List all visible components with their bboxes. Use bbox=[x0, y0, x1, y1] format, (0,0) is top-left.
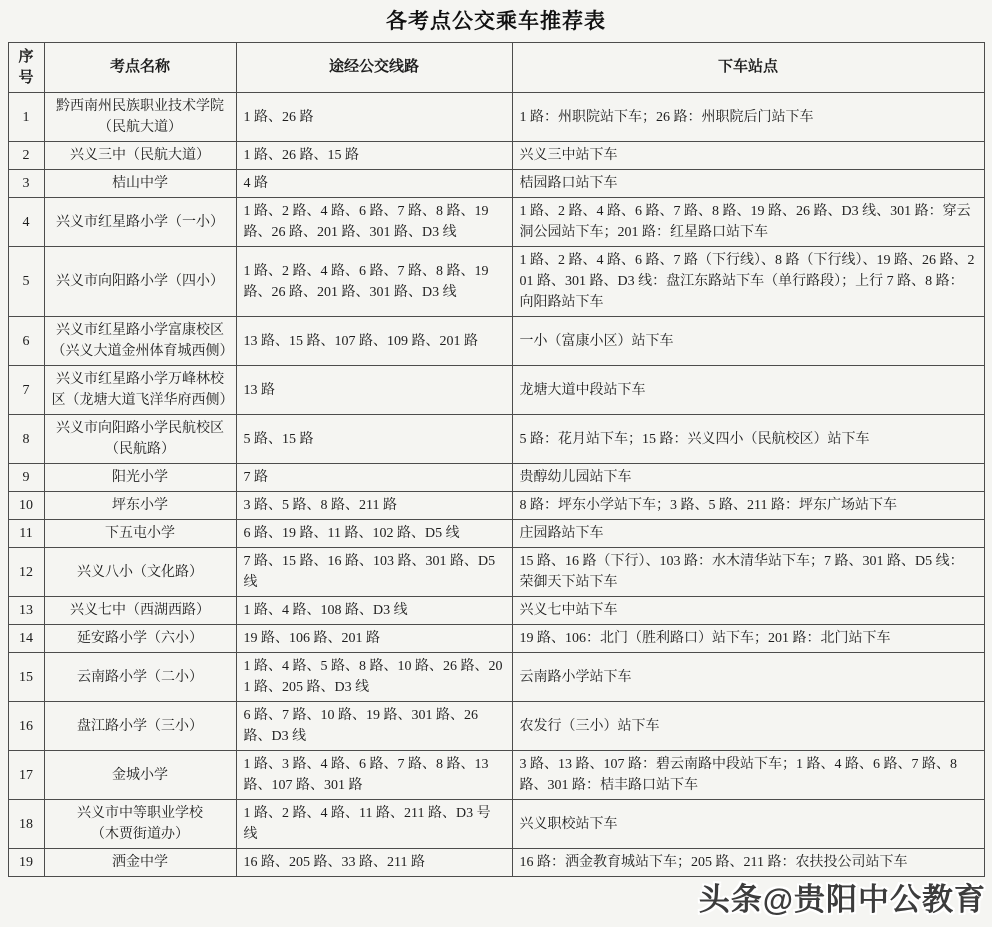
table-row: 14延安路小学（六小）19 路、106 路、201 路19 路、106：北门（胜… bbox=[8, 625, 984, 653]
table-row: 3桔山中学4 路桔园路口站下车 bbox=[8, 170, 984, 198]
page-title: 各考点公交乘车推荐表 bbox=[0, 5, 992, 35]
cell-name: 兴义市红星路小学万峰林校区（龙塘大道飞洋华府西侧） bbox=[44, 366, 236, 415]
cell-stops: 8 路：坪东小学站下车；3 路、5 路、211 路：坪东广场站下车 bbox=[512, 492, 984, 520]
header-cell-stops: 下车站点 bbox=[512, 43, 984, 93]
cell-routes: 3 路、5 路、8 路、211 路 bbox=[236, 492, 512, 520]
cell-no: 15 bbox=[8, 653, 44, 702]
cell-name: 下五屯小学 bbox=[44, 520, 236, 548]
cell-no: 12 bbox=[8, 548, 44, 597]
cell-routes: 13 路 bbox=[236, 366, 512, 415]
cell-stops: 云南路小学站下车 bbox=[512, 653, 984, 702]
cell-no: 17 bbox=[8, 751, 44, 800]
cell-stops: 兴义三中站下车 bbox=[512, 142, 984, 170]
cell-no: 11 bbox=[8, 520, 44, 548]
table-row: 11下五屯小学6 路、19 路、11 路、102 路、D5 线庄园路站下车 bbox=[8, 520, 984, 548]
cell-name: 黔西南州民族职业技术学院 （民航大道） bbox=[44, 93, 236, 142]
table-row: 2兴义三中（民航大道）1 路、26 路、15 路兴义三中站下车 bbox=[8, 142, 984, 170]
cell-no: 1 bbox=[8, 93, 44, 142]
cell-name: 金城小学 bbox=[44, 751, 236, 800]
cell-routes: 7 路、15 路、16 路、103 路、301 路、D5 线 bbox=[236, 548, 512, 597]
cell-stops: 15 路、16 路（下行）、103 路：水木清华站下车；7 路、301 路、D5… bbox=[512, 548, 984, 597]
cell-name: 兴义市向阳路小学（四小） bbox=[44, 247, 236, 317]
cell-stops: 19 路、106：北门（胜利路口）站下车；201 路：北门站下车 bbox=[512, 625, 984, 653]
page: 各考点公交乘车推荐表 序号 考点名称 途经公交线路 下车站点 1黔西南州民族职业… bbox=[0, 0, 992, 927]
cell-name: 兴义八小（文化路） bbox=[44, 548, 236, 597]
table-header-row: 序号 考点名称 途经公交线路 下车站点 bbox=[8, 43, 984, 93]
cell-stops: 一小（富康小区）站下车 bbox=[512, 317, 984, 366]
cell-name: 兴义市中等职业学校 （木贾街道办） bbox=[44, 800, 236, 849]
table-row: 19洒金中学16 路、205 路、33 路、211 路16 路：洒金教育城站下车… bbox=[8, 849, 984, 877]
cell-routes: 5 路、15 路 bbox=[236, 415, 512, 464]
cell-name: 盘江路小学（三小） bbox=[44, 702, 236, 751]
table-row: 6兴义市红星路小学富康校区（兴义大道金州体育城西侧）13 路、15 路、107 … bbox=[8, 317, 984, 366]
table-row: 17金城小学1 路、3 路、4 路、6 路、7 路、8 路、13 路、107 路… bbox=[8, 751, 984, 800]
table-row: 13兴义七中（西湖西路）1 路、4 路、108 路、D3 线兴义七中站下车 bbox=[8, 597, 984, 625]
cell-routes: 1 路、2 路、4 路、6 路、7 路、8 路、19 路、26 路、201 路、… bbox=[236, 247, 512, 317]
cell-name: 坪东小学 bbox=[44, 492, 236, 520]
cell-stops: 1 路：州职院站下车；26 路：州职院后门站下车 bbox=[512, 93, 984, 142]
cell-routes: 1 路、2 路、4 路、6 路、7 路、8 路、19 路、26 路、201 路、… bbox=[236, 198, 512, 247]
cell-no: 14 bbox=[8, 625, 44, 653]
cell-routes: 19 路、106 路、201 路 bbox=[236, 625, 512, 653]
cell-name: 兴义市向阳路小学民航校区 （民航路） bbox=[44, 415, 236, 464]
bus-table: 序号 考点名称 途经公交线路 下车站点 1黔西南州民族职业技术学院 （民航大道）… bbox=[8, 42, 985, 877]
cell-routes: 13 路、15 路、107 路、109 路、201 路 bbox=[236, 317, 512, 366]
table-row: 8兴义市向阳路小学民航校区 （民航路）5 路、15 路5 路：花月站下车；15 … bbox=[8, 415, 984, 464]
cell-no: 8 bbox=[8, 415, 44, 464]
cell-stops: 桔园路口站下车 bbox=[512, 170, 984, 198]
cell-stops: 贵醇幼儿园站下车 bbox=[512, 464, 984, 492]
table-row: 18兴义市中等职业学校 （木贾街道办）1 路、2 路、4 路、11 路、211 … bbox=[8, 800, 984, 849]
cell-name: 洒金中学 bbox=[44, 849, 236, 877]
cell-stops: 1 路、2 路、4 路、6 路、7 路、8 路、19 路、26 路、D3 线、3… bbox=[512, 198, 984, 247]
cell-no: 18 bbox=[8, 800, 44, 849]
cell-no: 9 bbox=[8, 464, 44, 492]
cell-stops: 16 路：洒金教育城站下车；205 路、211 路：农扶投公司站下车 bbox=[512, 849, 984, 877]
cell-name: 兴义市红星路小学（一小） bbox=[44, 198, 236, 247]
table-row: 1黔西南州民族职业技术学院 （民航大道）1 路、26 路1 路：州职院站下车；2… bbox=[8, 93, 984, 142]
cell-stops: 3 路、13 路、107 路：碧云南路中段站下车；1 路、4 路、6 路、7 路… bbox=[512, 751, 984, 800]
cell-name: 兴义七中（西湖西路） bbox=[44, 597, 236, 625]
header-cell-routes: 途经公交线路 bbox=[236, 43, 512, 93]
cell-routes: 1 路、26 路、15 路 bbox=[236, 142, 512, 170]
cell-no: 7 bbox=[8, 366, 44, 415]
cell-name: 兴义三中（民航大道） bbox=[44, 142, 236, 170]
cell-routes: 1 路、2 路、4 路、11 路、211 路、D3 号线 bbox=[236, 800, 512, 849]
cell-stops: 兴义职校站下车 bbox=[512, 800, 984, 849]
cell-routes: 4 路 bbox=[236, 170, 512, 198]
cell-stops: 庄园路站下车 bbox=[512, 520, 984, 548]
cell-no: 6 bbox=[8, 317, 44, 366]
table-row: 9阳光小学7 路贵醇幼儿园站下车 bbox=[8, 464, 984, 492]
header-cell-no: 序号 bbox=[8, 43, 44, 93]
cell-name: 兴义市红星路小学富康校区（兴义大道金州体育城西侧） bbox=[44, 317, 236, 366]
cell-stops: 兴义七中站下车 bbox=[512, 597, 984, 625]
cell-no: 2 bbox=[8, 142, 44, 170]
cell-stops: 5 路：花月站下车；15 路：兴义四小（民航校区）站下车 bbox=[512, 415, 984, 464]
cell-no: 16 bbox=[8, 702, 44, 751]
cell-routes: 1 路、4 路、5 路、8 路、10 路、26 路、201 路、205 路、D3… bbox=[236, 653, 512, 702]
cell-no: 19 bbox=[8, 849, 44, 877]
table-row: 7兴义市红星路小学万峰林校区（龙塘大道飞洋华府西侧）13 路龙塘大道中段站下车 bbox=[8, 366, 984, 415]
cell-routes: 1 路、26 路 bbox=[236, 93, 512, 142]
cell-no: 13 bbox=[8, 597, 44, 625]
cell-name: 阳光小学 bbox=[44, 464, 236, 492]
cell-routes: 1 路、3 路、4 路、6 路、7 路、8 路、13 路、107 路、301 路 bbox=[236, 751, 512, 800]
cell-name: 桔山中学 bbox=[44, 170, 236, 198]
header-cell-name: 考点名称 bbox=[44, 43, 236, 93]
table-row: 12兴义八小（文化路）7 路、15 路、16 路、103 路、301 路、D5 … bbox=[8, 548, 984, 597]
cell-name: 云南路小学（二小） bbox=[44, 653, 236, 702]
cell-no: 10 bbox=[8, 492, 44, 520]
cell-routes: 1 路、4 路、108 路、D3 线 bbox=[236, 597, 512, 625]
table-row: 10坪东小学3 路、5 路、8 路、211 路8 路：坪东小学站下车；3 路、5… bbox=[8, 492, 984, 520]
table-row: 15云南路小学（二小）1 路、4 路、5 路、8 路、10 路、26 路、201… bbox=[8, 653, 984, 702]
cell-stops: 1 路、2 路、4 路、6 路、7 路（下行线）、8 路（下行线）、19 路、2… bbox=[512, 247, 984, 317]
table-body: 1黔西南州民族职业技术学院 （民航大道）1 路、26 路1 路：州职院站下车；2… bbox=[8, 93, 984, 877]
table-row: 16盘江路小学（三小）6 路、7 路、10 路、19 路、301 路、26 路、… bbox=[8, 702, 984, 751]
watermark: 头条@贵阳中公教育 bbox=[699, 874, 986, 919]
cell-routes: 7 路 bbox=[236, 464, 512, 492]
cell-no: 5 bbox=[8, 247, 44, 317]
cell-routes: 6 路、19 路、11 路、102 路、D5 线 bbox=[236, 520, 512, 548]
cell-stops: 农发行（三小）站下车 bbox=[512, 702, 984, 751]
cell-no: 4 bbox=[8, 198, 44, 247]
cell-name: 延安路小学（六小） bbox=[44, 625, 236, 653]
cell-routes: 6 路、7 路、10 路、19 路、301 路、26 路、D3 线 bbox=[236, 702, 512, 751]
cell-routes: 16 路、205 路、33 路、211 路 bbox=[236, 849, 512, 877]
cell-no: 3 bbox=[8, 170, 44, 198]
cell-stops: 龙塘大道中段站下车 bbox=[512, 366, 984, 415]
table-row: 4兴义市红星路小学（一小）1 路、2 路、4 路、6 路、7 路、8 路、19 … bbox=[8, 198, 984, 247]
table-row: 5兴义市向阳路小学（四小）1 路、2 路、4 路、6 路、7 路、8 路、19 … bbox=[8, 247, 984, 317]
